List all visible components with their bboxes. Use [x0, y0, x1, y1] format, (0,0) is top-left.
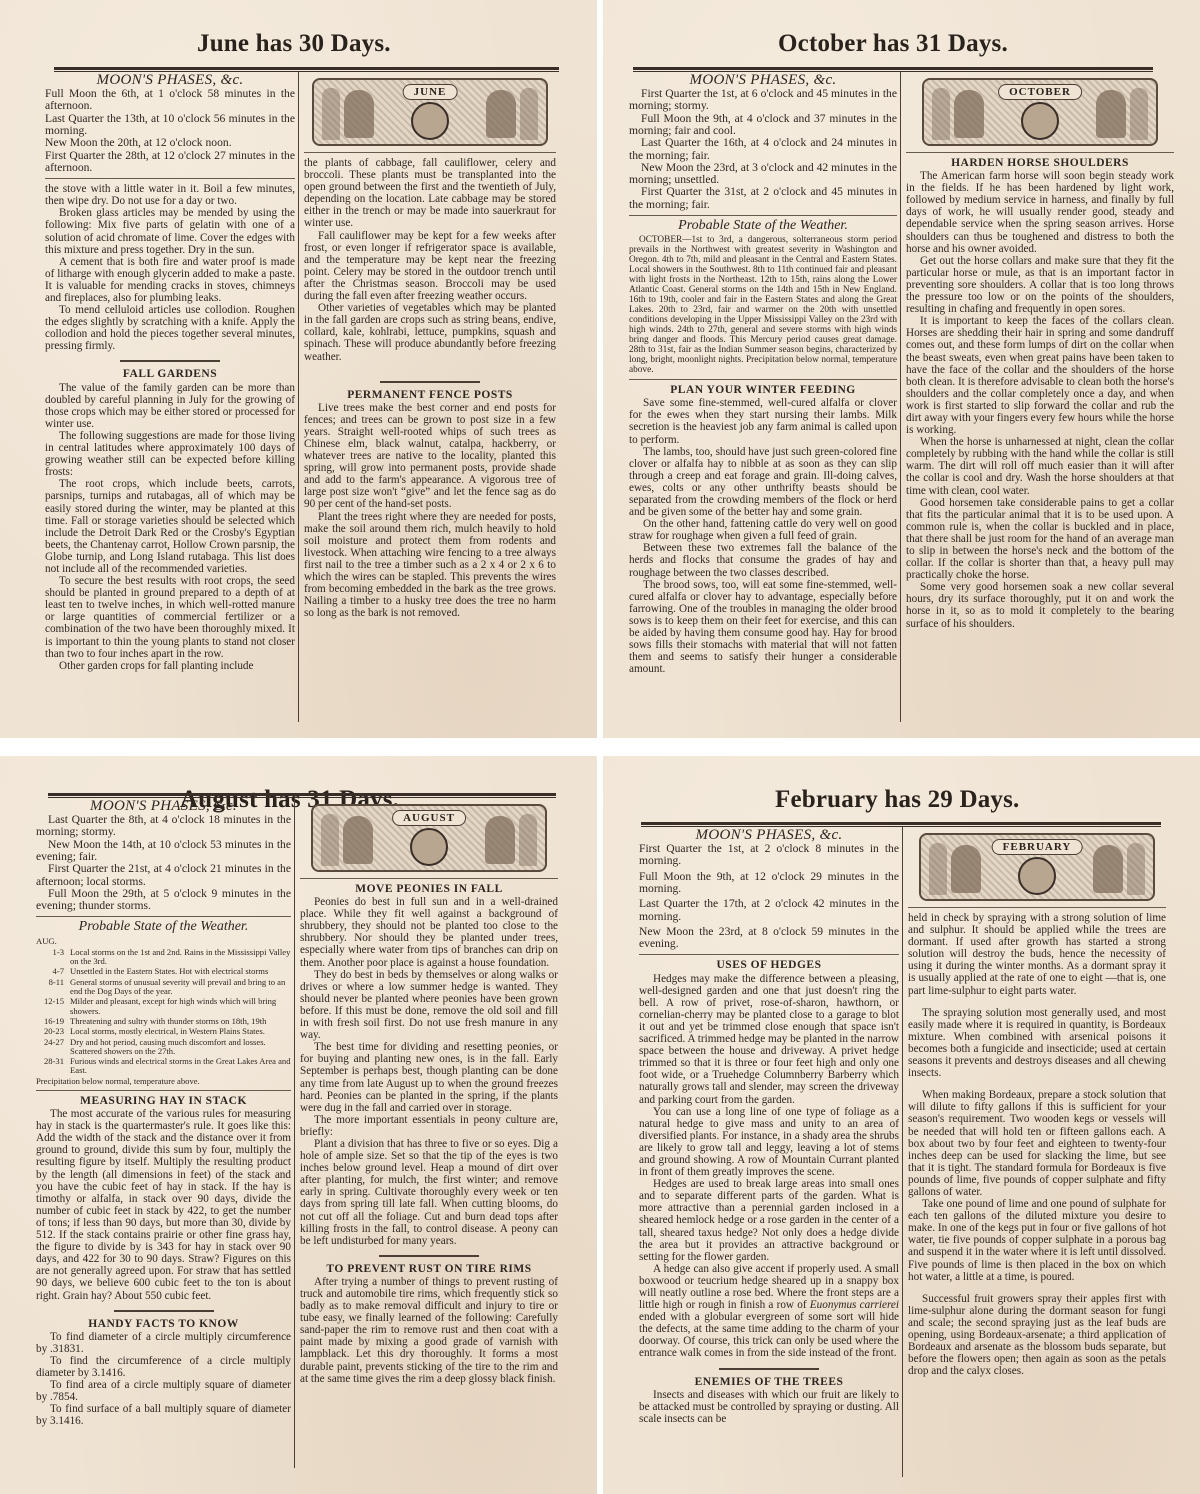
- paragraph: The following suggestions are made for t…: [45, 430, 295, 478]
- weather-days: 16-19: [36, 1017, 70, 1026]
- paragraph: The value of the family garden can be mo…: [45, 382, 295, 430]
- section-rule: [120, 360, 220, 362]
- paragraph: When the horse is unharnessed at night, …: [906, 436, 1174, 496]
- weather-month: AUG.: [36, 937, 291, 946]
- paragraph: Between these two extremes fall the bala…: [629, 542, 897, 578]
- divider: [36, 916, 291, 917]
- section-heading-hay-stack: MEASURING HAY IN STACK: [36, 1095, 291, 1107]
- divider: [36, 1090, 291, 1091]
- paragraph: To find area of a circle multiply square…: [36, 1379, 291, 1403]
- left-column: MOON'S PHASES, &c. First Quarter the 1st…: [629, 72, 897, 675]
- section-heading-fence-posts: PERMANENT FENCE POSTS: [304, 389, 556, 401]
- moon-phases-heading: MOON'S PHASES, &c.: [36, 800, 291, 812]
- moon-phase-item: Full Moon the 6th, at 1 o'clock 58 minut…: [45, 88, 295, 113]
- weather-heading: Probable State of the Weather.: [36, 921, 291, 933]
- paragraph: Some very good horsemen soak a new colla…: [906, 581, 1174, 629]
- weather-row: 1-3Local storms on the 1st and 2nd. Rain…: [36, 948, 291, 967]
- paragraph: Good horsemen take considerable pains to…: [906, 497, 1174, 582]
- page-june: June has 30 Days. MOON'S PHASES, &c. Ful…: [0, 0, 597, 738]
- moon-phases-list: First Quarter the 1st, at 2 o'clock 8 mi…: [639, 843, 899, 950]
- month-vignette-illustration: OCTOBER: [922, 78, 1158, 146]
- weather-row: 16-19Threatening and sultry with thunder…: [36, 1017, 291, 1026]
- section-heading-horse-shoulders: HARDEN HORSE SHOULDERS: [906, 157, 1174, 169]
- paragraph: Plant the trees right where they are nee…: [304, 511, 556, 620]
- paragraph: The spraying solution most generally use…: [908, 1007, 1166, 1080]
- weather-desc: Local storms on the 1st and 2nd. Rains i…: [70, 948, 291, 967]
- weather-table: AUG. 1-3Local storms on the 1st and 2nd.…: [36, 937, 291, 1086]
- weather-row: 28-31Furious winds and electrical storms…: [36, 1057, 291, 1076]
- left-column: MOON'S PHASES, &c. Last Quarter the 8th,…: [36, 798, 291, 1427]
- paragraph: To find diameter of a circle multiply ci…: [36, 1331, 291, 1355]
- paragraph: held in check by spraying with a strong …: [908, 912, 1166, 997]
- paragraph: A hedge can also give accent if properly…: [639, 1263, 899, 1360]
- divider: [629, 379, 897, 380]
- divider: [639, 954, 899, 955]
- moon-phase-item: First Quarter the 31st, at 2 o'clock and…: [629, 186, 897, 211]
- moon-phases-heading: MOON'S PHASES, &c.: [45, 74, 295, 86]
- vignette-label: FEBRUARY: [992, 839, 1083, 855]
- paragraph: Plant a division that has three to five …: [300, 1138, 558, 1247]
- section-heading-enemies-of-trees: ENEMIES OF THE TREES: [639, 1376, 899, 1388]
- page-august: August has 31 Days. MOON'S PHASES, &c. L…: [0, 756, 597, 1494]
- divider: [45, 178, 295, 179]
- moon-phase-item: First Quarter the 28th, at 12 o'clock 27…: [45, 150, 295, 175]
- paragraph: Other varieties of vegetables which may …: [304, 302, 556, 362]
- moon-phase-item: First Quarter the 21st, at 4 o'clock 21 …: [36, 863, 291, 888]
- vignette-label: JUNE: [403, 84, 458, 100]
- paragraph: The best time for dividing and resetting…: [300, 1041, 558, 1114]
- divider: [906, 152, 1174, 153]
- section-rule: [114, 1310, 214, 1312]
- paragraph: The brood sows, too, will eat some fine-…: [629, 579, 897, 676]
- page-title: June has 30 Days.: [197, 30, 391, 58]
- column-divider: [900, 72, 901, 722]
- paragraph: Successful fruit growers spray their app…: [908, 1293, 1166, 1378]
- divider: [304, 152, 556, 153]
- vignette-label: AUGUST: [392, 810, 466, 826]
- section-heading-winter-feeding: PLAN YOUR WINTER FEEDING: [629, 384, 897, 396]
- paragraph: The root crops, which include beets, car…: [45, 478, 295, 575]
- moon-phases-list: First Quarter the 1st, at 6 o'clock and …: [629, 88, 897, 211]
- month-vignette-illustration: JUNE: [312, 78, 548, 146]
- moon-phase-item: Full Moon the 9th, at 12 o'clock 29 minu…: [639, 871, 899, 896]
- weather-desc: Unsettled in the Eastern States. Hot wit…: [70, 967, 291, 976]
- right-column: FEBRUARY held in check by spraying with …: [908, 827, 1166, 1377]
- section-rule: [380, 381, 480, 383]
- paragraph: Broken glass articles may be mended by u…: [45, 207, 295, 255]
- paragraph: You can use a long line of one type of f…: [639, 1106, 899, 1179]
- weather-days: 8-11: [36, 978, 70, 997]
- paragraph: The more important essentials in peony c…: [300, 1114, 558, 1138]
- weather-desc: Furious winds and electrical storms in t…: [70, 1057, 291, 1076]
- moon-phases-list: Last Quarter the 8th, at 4 o'clock 18 mi…: [36, 814, 291, 912]
- month-vignette-illustration: FEBRUARY: [919, 833, 1155, 901]
- moon-phase-item: Last Quarter the 17th, at 2 o'clock 42 m…: [639, 898, 899, 923]
- paragraph: On the other hand, fattening cattle do v…: [629, 518, 897, 542]
- month-vignette-illustration: AUGUST: [311, 804, 547, 872]
- paragraph: Take one pound of lime and one pound of …: [908, 1198, 1166, 1283]
- page-title: October has 31 Days.: [778, 30, 1008, 58]
- weather-row: 4-7Unsettled in the Eastern States. Hot …: [36, 967, 291, 976]
- section-heading-peonies: MOVE PEONIES IN FALL: [300, 883, 558, 895]
- column-divider: [902, 827, 903, 1477]
- weather-footer: Precipitation below normal, temperature …: [36, 1077, 291, 1086]
- weather-row: 20-23Local storms, mostly electrical, in…: [36, 1027, 291, 1036]
- weather-days: 24-27: [36, 1038, 70, 1057]
- paragraph: To mend celluloid articles use collodion…: [45, 304, 295, 352]
- paragraph: When making Bordeaux, prepare a stock so…: [908, 1089, 1166, 1198]
- species-name: Euonymus carrierei: [810, 1299, 899, 1311]
- paragraph: the plants of cabbage, fall cauliflower,…: [304, 157, 556, 230]
- right-column: OCTOBER HARDEN HORSE SHOULDERS The Ameri…: [906, 72, 1174, 630]
- moon-phases-list: Full Moon the 6th, at 1 o'clock 58 minut…: [45, 88, 295, 174]
- paragraph: Save some fine-stemmed, well-cured alfal…: [629, 397, 897, 445]
- paragraph: To find the circumference of a circle mu…: [36, 1355, 291, 1379]
- paragraph: The American farm horse will soon begin …: [906, 170, 1174, 255]
- page-october: October has 31 Days. MOON'S PHASES, &c. …: [603, 0, 1200, 738]
- section-heading-handy-facts: HANDY FACTS TO KNOW: [36, 1318, 291, 1330]
- weather-desc: Threatening and sultry with thunder stor…: [70, 1017, 291, 1026]
- weather-text: OCTOBER—1st to 3rd, a dangerous, solterr…: [629, 235, 897, 375]
- paragraph: Insects and diseases with which our frui…: [639, 1389, 899, 1425]
- text-run: ended with a globular evergreen of some …: [639, 1311, 899, 1359]
- paragraph: the stove with a little water in it. Boi…: [45, 183, 295, 207]
- weather-heading: Probable State of the Weather.: [629, 220, 897, 232]
- paragraph: Hedges are used to break large areas int…: [639, 1178, 899, 1263]
- page-february: February has 29 Days. MOON'S PHASES, &c.…: [603, 756, 1200, 1494]
- weather-days: 12-15: [36, 997, 70, 1016]
- paragraph: The most accurate of the various rules f…: [36, 1108, 291, 1302]
- section-rule: [379, 1255, 479, 1257]
- section-heading-hedges: USES OF HEDGES: [639, 959, 899, 971]
- weather-desc: Milder and pleasant, except for high win…: [70, 997, 291, 1016]
- paragraph: After trying a number of things to preve…: [300, 1276, 558, 1385]
- weather-forecast: OCTOBER—1st to 3rd, a dangerous, solterr…: [629, 235, 897, 375]
- moon-phase-item: New Moon the 20th, at 12 o'clock noon.: [45, 137, 295, 149]
- moon-phases-heading: MOON'S PHASES, &c.: [629, 74, 897, 86]
- moon-phase-item: New Moon the 23rd, at 8 o'clock 59 minut…: [639, 926, 899, 951]
- left-column: MOON'S PHASES, &c. First Quarter the 1st…: [639, 827, 899, 1425]
- moon-phase-item: First Quarter the 1st, at 6 o'clock and …: [629, 88, 897, 113]
- weather-days: 1-3: [36, 948, 70, 967]
- weather-days: 20-23: [36, 1027, 70, 1036]
- paragraph: Peonies do best in full sun and in a wel…: [300, 896, 558, 969]
- right-column: JUNE the plants of cabbage, fall caulifl…: [304, 72, 556, 619]
- weather-desc: General storms of unusual severity will …: [70, 978, 291, 997]
- column-divider: [294, 798, 295, 1468]
- weather-row: 12-15Milder and pleasant, except for hig…: [36, 997, 291, 1016]
- section-heading-tire-rims: TO PREVENT RUST ON TIRE RIMS: [300, 1263, 558, 1275]
- divider: [629, 215, 897, 216]
- weather-desc: Dry and hot period, causing much discomf…: [70, 1038, 291, 1057]
- paragraph: Fall cauliflower may be kept for a few w…: [304, 230, 556, 303]
- page-title: February has 29 Days.: [775, 786, 1019, 814]
- weather-row: 24-27Dry and hot period, causing much di…: [36, 1038, 291, 1057]
- weather-days: 4-7: [36, 967, 70, 976]
- paragraph: A cement that is both fire and water pro…: [45, 256, 295, 304]
- paragraph: They do best in beds by themselves or al…: [300, 969, 558, 1042]
- column-divider: [298, 72, 299, 722]
- paragraph: The lambs, too, should have just such gr…: [629, 446, 897, 519]
- paragraph: Other garden crops for fall planting inc…: [45, 660, 295, 672]
- left-column: MOON'S PHASES, &c. Full Moon the 6th, at…: [45, 72, 295, 672]
- paragraph: Get out the horse collars and make sure …: [906, 255, 1174, 315]
- moon-phase-item: Last Quarter the 8th, at 4 o'clock 18 mi…: [36, 814, 291, 839]
- moon-phase-item: First Quarter the 1st, at 2 o'clock 8 mi…: [639, 843, 899, 868]
- moon-phase-item: Full Moon the 9th, at 4 o'clock and 37 m…: [629, 113, 897, 138]
- section-rule: [719, 1368, 819, 1370]
- moon-phase-item: Full Moon the 29th, at 5 o'clock 9 minut…: [36, 888, 291, 913]
- weather-row: 8-11General storms of unusual severity w…: [36, 978, 291, 997]
- divider: [300, 878, 558, 879]
- weather-days: 28-31: [36, 1057, 70, 1076]
- moon-phase-item: Last Quarter the 16th, at 4 o'clock and …: [629, 137, 897, 162]
- paragraph: Live trees make the best corner and end …: [304, 402, 556, 511]
- paragraph: Hedges may make the difference between a…: [639, 973, 899, 1106]
- vignette-label: OCTOBER: [998, 84, 1082, 100]
- paragraph: To find surface of a ball multiply squar…: [36, 1403, 291, 1427]
- moon-phase-item: New Moon the 23rd, at 3 o'clock and 42 m…: [629, 162, 897, 187]
- moon-phase-item: Last Quarter the 13th, at 10 o'clock 56 …: [45, 113, 295, 138]
- right-column: AUGUST MOVE PEONIES IN FALL Peonies do b…: [300, 798, 558, 1385]
- moon-phase-item: New Moon the 14th, at 10 o'clock 53 minu…: [36, 839, 291, 864]
- paragraph: To secure the best results with root cro…: [45, 575, 295, 660]
- paragraph: It is important to keep the faces of the…: [906, 315, 1174, 436]
- section-heading-fall-gardens: FALL GARDENS: [45, 368, 295, 380]
- divider: [908, 907, 1166, 908]
- moon-phases-heading: MOON'S PHASES, &c.: [639, 829, 899, 841]
- weather-desc: Local storms, mostly electrical, in West…: [70, 1027, 291, 1036]
